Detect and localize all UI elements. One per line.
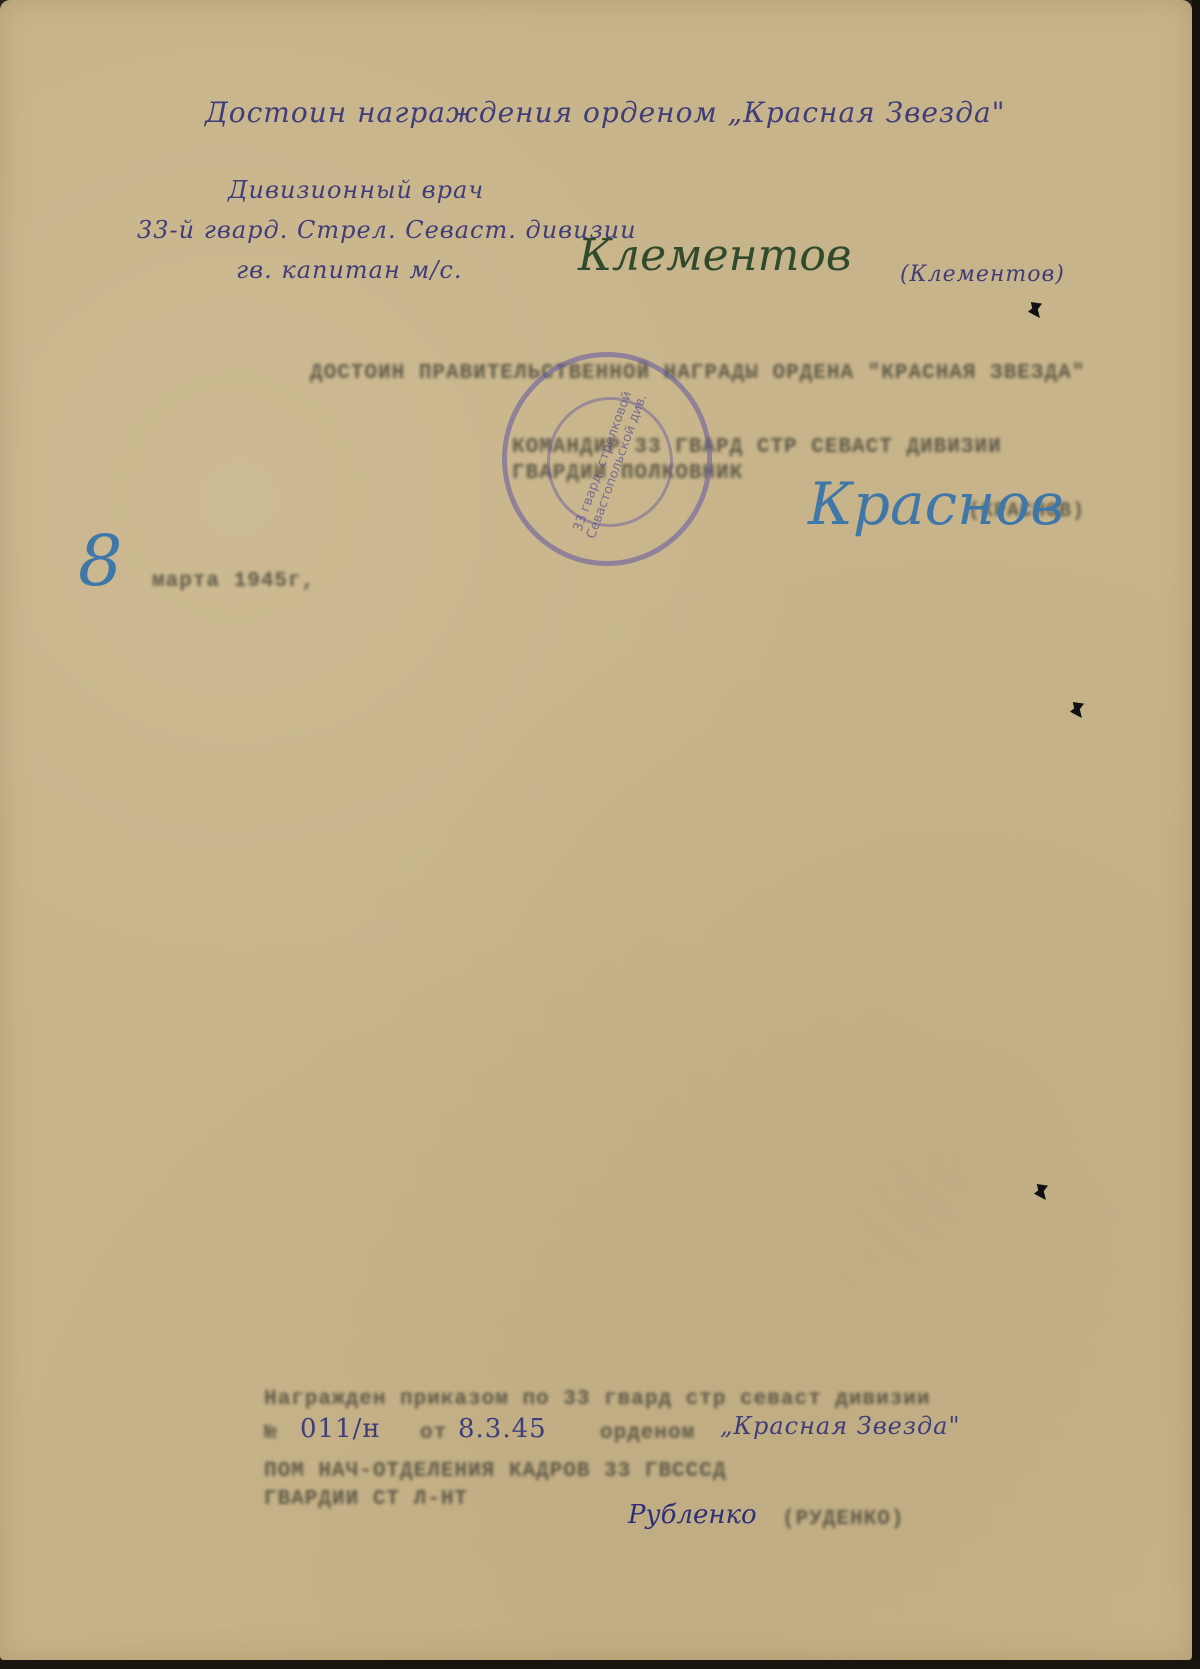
scan-edge-right xyxy=(1192,0,1200,1669)
scan-edge-bottom xyxy=(0,1660,1200,1669)
signature-rudenko: Рубленко xyxy=(628,1500,757,1530)
recommendation-line-3: 33-й гвард. Стрел. Севаст. дивизии xyxy=(137,216,637,244)
rudenko-name: (РУДЕНКО) xyxy=(782,1508,904,1531)
award-orden: орденом xyxy=(600,1422,695,1445)
award-line-4: ГВАРДИИ СТ Л-НТ xyxy=(264,1488,468,1511)
signature-krasnov: Краснов xyxy=(808,470,1064,538)
award-number-prefix: № xyxy=(264,1422,278,1445)
date-day: 8 xyxy=(78,520,123,602)
punch-hole-1 xyxy=(1028,302,1042,318)
award-line-1: Награжден приказом по 33 гвард стр севас… xyxy=(264,1388,931,1411)
award-name: „Красная Звезда" xyxy=(720,1412,961,1440)
award-order-number: 011/н xyxy=(300,1414,381,1444)
date-rest: марта 1945г, xyxy=(152,570,315,593)
commander-line-1: ДОСТОИН ПРАВИТЕЛЬСТВЕННОЙ НАГРАДЫ ОРДЕНА… xyxy=(310,362,1085,385)
punch-hole-2 xyxy=(1070,702,1084,718)
recommendation-line-1: Достоин награждения орденом „Красная Зве… xyxy=(205,96,1006,129)
signature-klementov: Клементов xyxy=(578,230,851,281)
document-sheet: Достоин награждения орденом „Красная Зве… xyxy=(0,0,1192,1660)
recommendation-line-2: Дивизионный врач xyxy=(228,176,484,204)
award-line-3: ПОМ НАЧ-ОТДЕЛЕНИЯ КАДРОВ 33 ГВСССД xyxy=(264,1460,726,1483)
unit-seal-stamp: 33 гвард. стрелковой Севастопольской див… xyxy=(502,352,712,566)
punch-hole-3 xyxy=(1034,1184,1048,1200)
award-order-date: 8.3.45 xyxy=(458,1414,547,1444)
klementov-name: (Клементов) xyxy=(900,262,1065,287)
recommendation-line-4: гв. капитан м/с. xyxy=(236,256,462,284)
award-from: от xyxy=(420,1422,447,1445)
